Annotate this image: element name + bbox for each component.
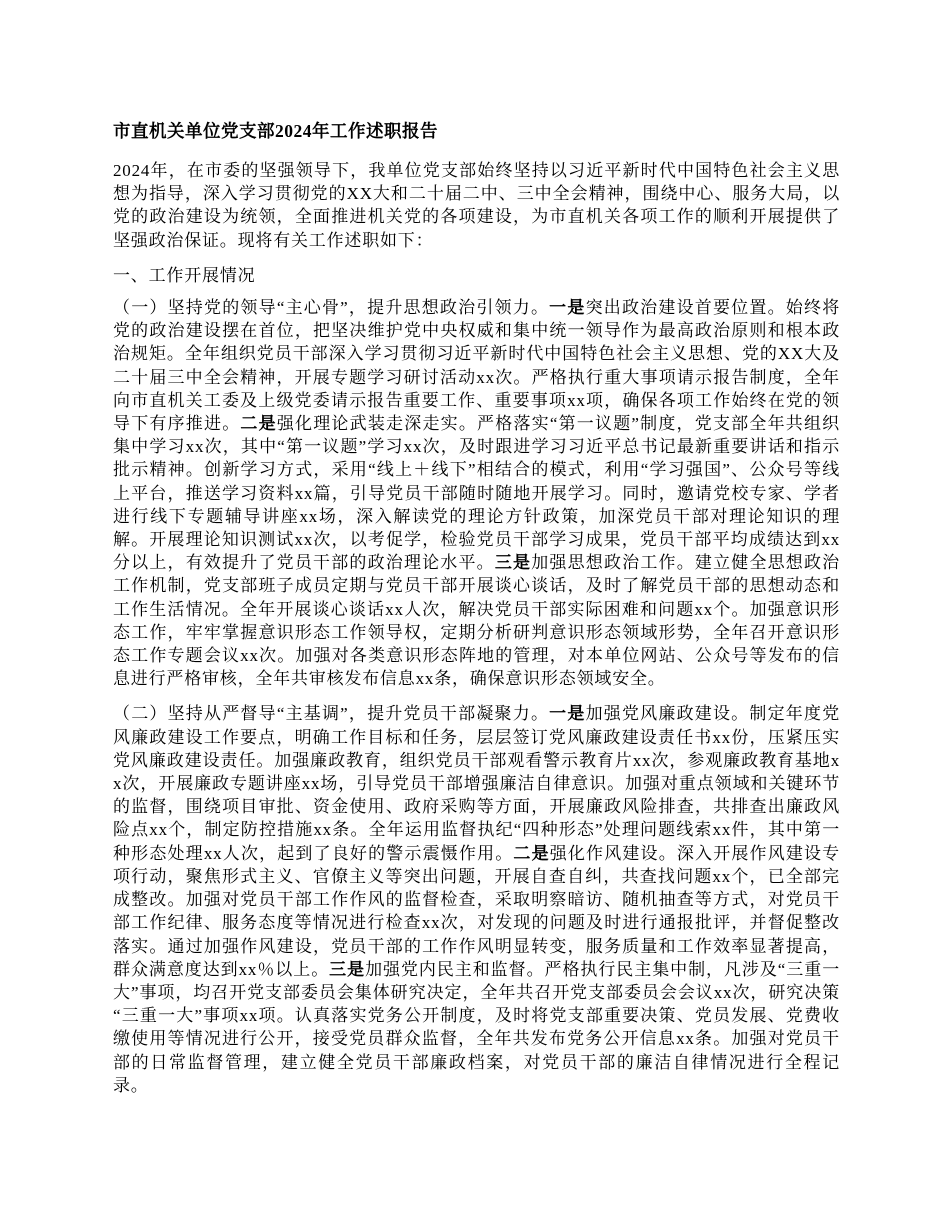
text-run: 加强党内民主和监督。严格执行民主集中制，凡涉及“三重一大”事项，均召开党支部委员… [113, 960, 840, 1095]
text-run: 强化作风建设。深入开展作风建设专项行动，聚焦形式主义、官僚主义等突出问题，开展自… [113, 844, 840, 979]
emphasis-run: 二是 [240, 414, 276, 433]
intro-paragraph: 2024年，在市委的坚强领导下，我单位党支部始终坚持以习近平新时代中国特色社会主… [113, 159, 840, 252]
emphasis-run: 一是 [549, 704, 585, 723]
emphasis-run: 二是 [513, 844, 549, 863]
text-run: 加强党风廉政建设。制定年度党风廉政建设工作要点，明确工作目标和任务，层层签订党风… [113, 704, 840, 862]
emphasis-run: 三是 [495, 553, 531, 572]
text-run: 加强思想政治工作。建立健全思想政治工作机制，党支部班子成员定期与党员干部开展谈心… [113, 553, 840, 688]
text-run: 2024年，在市委的坚强领导下，我单位党支部始终坚持以习近平新时代中国特色社会主… [113, 161, 840, 250]
paragraph-party-leadership: （一）坚持党的领导“主心骨”，提升思想政治引领力。一是突出政治建设首要位置。始终… [113, 296, 840, 690]
document-page: 市直机关单位党支部2024年工作述职报告 2024年，在市委的坚强领导下，我单位… [0, 0, 950, 1230]
text-run: （二）坚持从严督导“主基调”，提升党员干部凝聚力。 [113, 704, 549, 723]
section-heading-work-progress: 一、工作开展情况 [113, 264, 840, 287]
document-title: 市直机关单位党支部2024年工作述职报告 [113, 120, 840, 143]
text-run: 突出政治建设首要位置。始终将党的政治建设摆在首位，把坚决维护党中央权威和集中统一… [113, 298, 840, 433]
emphasis-run: 三是 [329, 960, 365, 979]
text-run: 强化理论武装走深走实。严格落实“第一议题”制度，党支部全年共组织集中学习xx次，… [113, 414, 840, 572]
paragraph-strict-supervision: （二）坚持从严督导“主基调”，提升党员干部凝聚力。一是加强党风廉政建设。制定年度… [113, 702, 840, 1096]
text-run: （一）坚持党的领导“主心骨”，提升思想政治引领力。 [113, 298, 549, 317]
emphasis-run: 一是 [549, 298, 585, 317]
